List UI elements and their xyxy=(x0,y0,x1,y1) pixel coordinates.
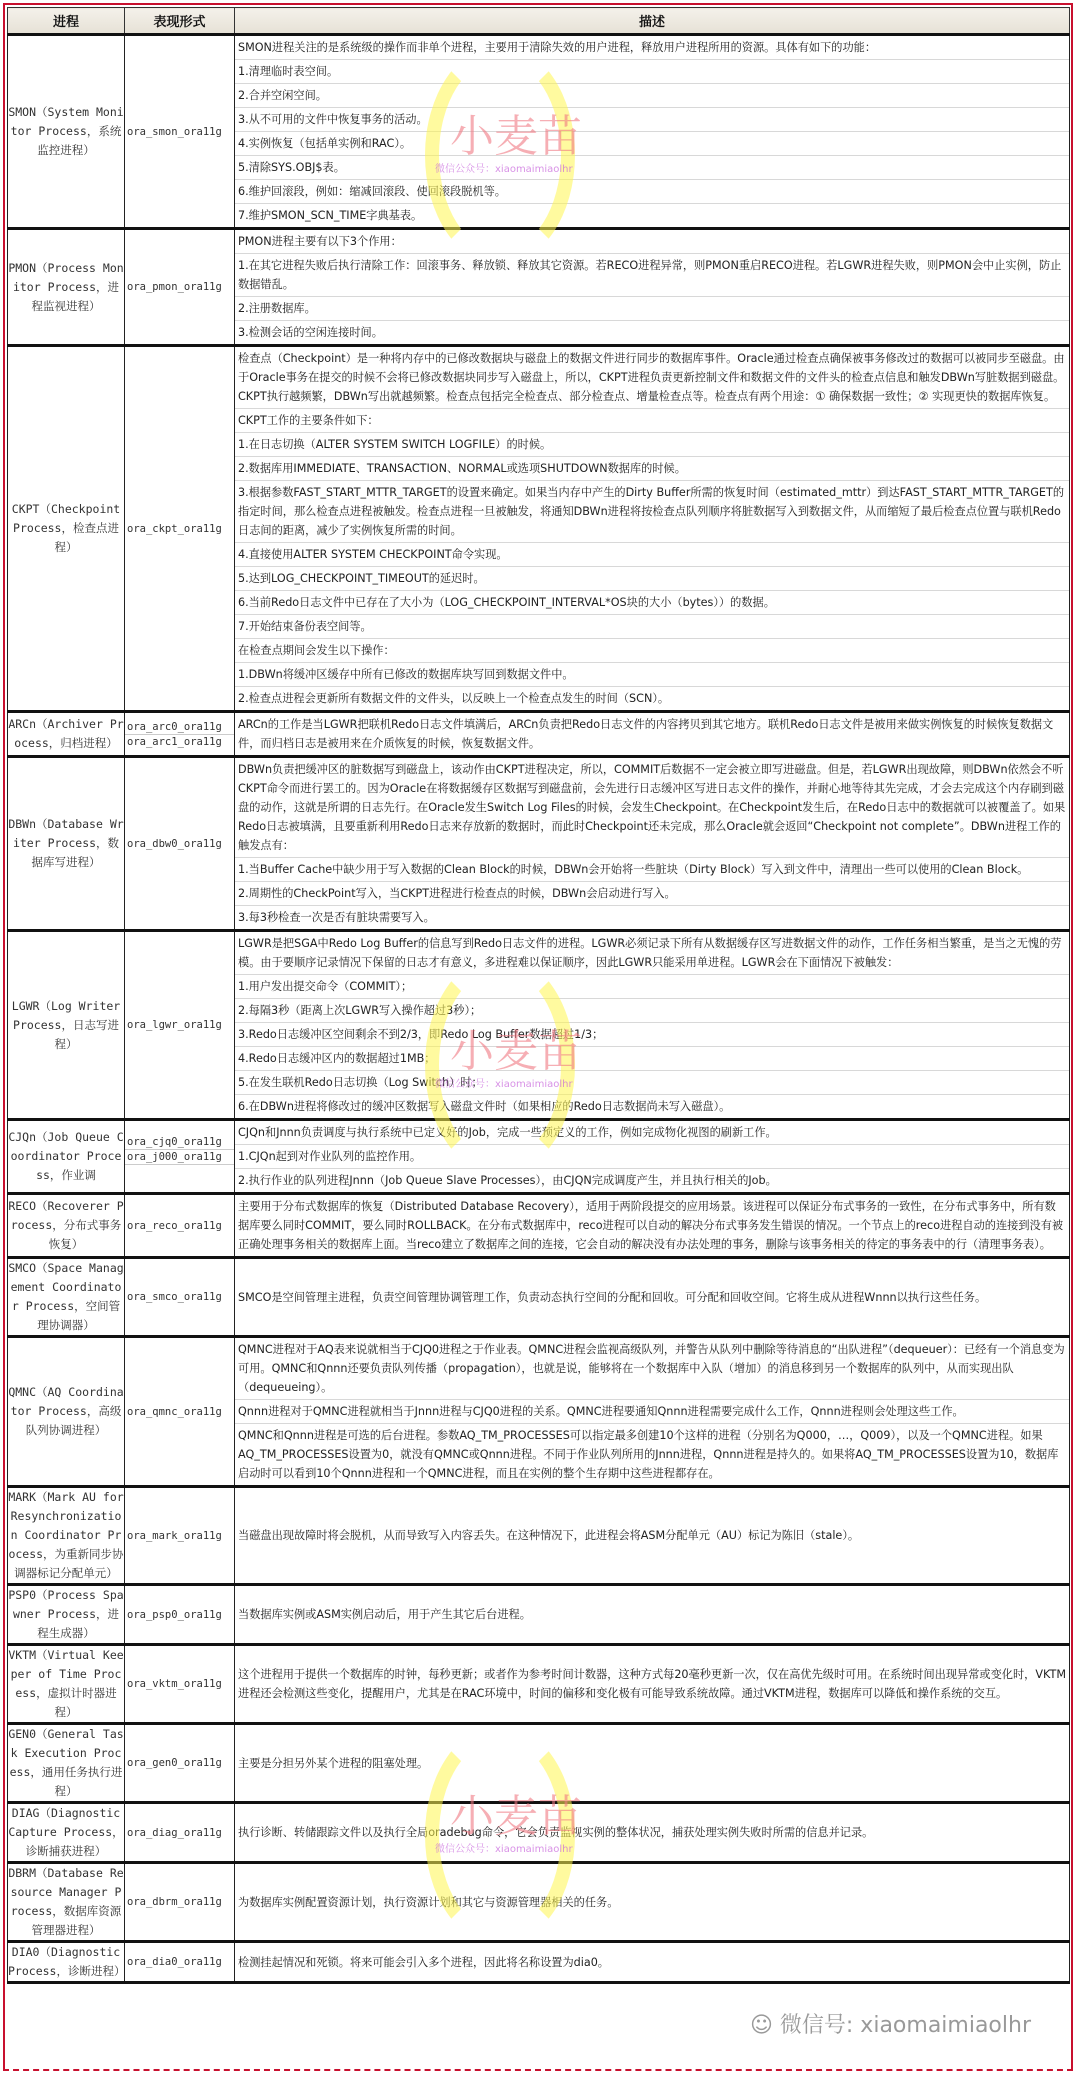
description-line: 4.实例恢复（包括单实例和RAC）。 xyxy=(235,132,1069,156)
process-name: VKTM（Virtual Keeper of Time Process，虚拟计时… xyxy=(8,1645,125,1724)
process-form-value: ora_smco_ora11g xyxy=(125,1290,234,1304)
process-name: QMNC（AQ Coordinator Process，高级队列协调进程） xyxy=(8,1337,125,1487)
description-line: 6.在DBWn进程将修改过的缓冲区数据写入磁盘文件时（如果相应的Redo日志数据… xyxy=(235,1095,1069,1118)
process-form: ora_arc0_ora11gora_arc1_ora11g xyxy=(125,712,235,757)
process-description: 主要是分担另外某个进程的阻塞处理。 xyxy=(235,1724,1070,1803)
process-form: ora_reco_ora11g xyxy=(125,1194,235,1258)
description-line: 当数据库实例或ASM实例启动后，用于产生其它后台进程。 xyxy=(235,1603,1069,1626)
description-line: 5.清除SYS.OBJ$表。 xyxy=(235,156,1069,180)
table-row: DBRM（Database Resource Manager Process，数… xyxy=(8,1863,1070,1942)
description-line: 1.用户发出提交命令（COMMIT）； xyxy=(235,975,1069,999)
process-description: ARCn的工作是当LGWR把联机Redo日志文件填满后，ARCn负责把Redo日… xyxy=(235,712,1070,757)
header-form: 表现形式 xyxy=(125,8,235,35)
description-line: 3.Redo日志缓冲区空间剩余不到2/3，即Redo Log Buffer数据超… xyxy=(235,1023,1069,1047)
process-description: 主要用于分布式数据库的恢复（Distributed Database Recov… xyxy=(235,1194,1070,1258)
process-name: PMON（Process Monitor Process，进程监视进程） xyxy=(8,229,125,346)
description-line: 2.注册数据库。 xyxy=(235,297,1069,321)
process-description: 当数据库实例或ASM实例启动后，用于产生其它后台进程。 xyxy=(235,1585,1070,1645)
process-table: 进程 表现形式 描述 SMON（System Monitor Process，系… xyxy=(7,7,1070,1984)
process-name: LGWR（Log Writer Process，日志写进程） xyxy=(8,931,125,1120)
description-line: SMON进程关注的是系统级的操作而非单个进程，主要用于清除失效的用户进程，释放用… xyxy=(235,36,1069,60)
description-line: 2.执行作业的队列进程Jnnn（Job Queue Slave Processe… xyxy=(235,1169,1069,1192)
process-form: ora_lgwr_ora11g xyxy=(125,931,235,1120)
process-form: ora_dbrm_ora11g xyxy=(125,1863,235,1942)
description-line: 7.维护SMON_SCN_TIME字典基表。 xyxy=(235,204,1069,227)
description-line: 主要用于分布式数据库的恢复（Distributed Database Recov… xyxy=(235,1195,1069,1256)
process-description: DBWn负责把缓冲区的脏数据写到磁盘上，该动作由CKPT进程决定，所以，COMM… xyxy=(235,757,1070,931)
wechat-icon: ☺ xyxy=(750,2013,780,2038)
process-name: DBWn（Database Writer Process，数据库写进程） xyxy=(8,757,125,931)
process-description: 这个进程用于提供一个数据库的时钟，每秒更新；或者作为参考时间计数器，这种方式每2… xyxy=(235,1645,1070,1724)
process-name: ARCn（Archiver Process，归档进程） xyxy=(8,712,125,757)
description-line: 4.直接使用ALTER SYSTEM CHECKPOINT命令实现。 xyxy=(235,543,1069,567)
description-line: 6.维护回滚段，例如：缩减回滚段、使回滚段脱机等。 xyxy=(235,180,1069,204)
process-form: ora_smco_ora11g xyxy=(125,1258,235,1337)
table-row: MARK（Mark AU for Resynchronization Coord… xyxy=(8,1487,1070,1585)
table-row: DBWn（Database Writer Process，数据库写进程）ora_… xyxy=(8,757,1070,931)
description-line: 主要是分担另外某个进程的阻塞处理。 xyxy=(235,1752,1069,1775)
description-line: 1.在其它进程失败后执行清除工作：回滚事务、释放锁、释放其它资源。若RECO进程… xyxy=(235,254,1069,297)
process-form: ora_qmnc_ora11g xyxy=(125,1337,235,1487)
process-description: PMON进程主要有以下3个作用：1.在其它进程失败后执行清除工作：回滚事务、释放… xyxy=(235,229,1070,346)
process-form-value: ora_dia0_ora11g xyxy=(125,1955,234,1969)
description-line: 1.清理临时表空间。 xyxy=(235,60,1069,84)
process-form: ora_mark_ora11g xyxy=(125,1487,235,1585)
process-form: ora_pmon_ora11g xyxy=(125,229,235,346)
table-row: GEN0（General Task Execution Process，通用任务… xyxy=(8,1724,1070,1803)
table-row: VKTM（Virtual Keeper of Time Process，虚拟计时… xyxy=(8,1645,1070,1724)
description-line: 这个进程用于提供一个数据库的时钟，每秒更新；或者作为参考时间计数器，这种方式每2… xyxy=(235,1663,1069,1705)
process-description: 检查点（Checkpoint）是一种将内存中的已修改数据块与磁盘上的数据文件进行… xyxy=(235,346,1070,712)
description-line: 3.从不可用的文件中恢复事务的活动。 xyxy=(235,108,1069,132)
process-form: ora_gen0_ora11g xyxy=(125,1724,235,1803)
header-process: 进程 xyxy=(8,8,125,35)
description-line: ARCn的工作是当LGWR把联机Redo日志文件填满后，ARCn负责把Redo日… xyxy=(235,713,1069,755)
process-form: ora_psp0_ora11g xyxy=(125,1585,235,1645)
description-line: 3.每3秒检查一次是否有脏块需要写入。 xyxy=(235,906,1069,929)
table-row: DIAG（Diagnostic Capture Process，诊断捕获进程）o… xyxy=(8,1803,1070,1863)
description-line: 3.根据参数FAST_START_MTTR_TARGET的设置来确定。如果当内存… xyxy=(235,481,1069,543)
process-form: ora_diag_ora11g xyxy=(125,1803,235,1863)
process-form: ora_vktm_ora11g xyxy=(125,1645,235,1724)
description-line: QMNC进程对于AQ表来说就相当于CJQ0进程之于作业表。QMNC进程会监视高级… xyxy=(235,1338,1069,1400)
process-form: ora_ckpt_ora11g xyxy=(125,346,235,712)
description-line: 检查点（Checkpoint）是一种将内存中的已修改数据块与磁盘上的数据文件进行… xyxy=(235,347,1069,409)
table-row: PSP0（Process Spawner Process，进程生成器）ora_p… xyxy=(8,1585,1070,1645)
process-description: 检测挂起情况和死锁。将来可能会引入多个进程，因此将名称设置为dia0。 xyxy=(235,1942,1070,1983)
description-line: DBWn负责把缓冲区的脏数据写到磁盘上，该动作由CKPT进程决定，所以，COMM… xyxy=(235,758,1069,858)
description-line: QMNC和Qnnn进程是可选的后台进程。参数AQ_TM_PROCESSES可以指… xyxy=(235,1424,1069,1485)
process-form-value: ora_vktm_ora11g xyxy=(125,1677,234,1691)
description-line: 2.合并空闲空间。 xyxy=(235,84,1069,108)
process-description: 执行诊断、转储跟踪文件以及执行全局oradebug命令，它会负责监视实例的整体状… xyxy=(235,1803,1070,1863)
description-line: 6.当前Redo日志文件中已存在了大小为（LOG_CHECKPOINT_INTE… xyxy=(235,591,1069,615)
process-name: SMCO（Space Management Coordinator Proces… xyxy=(8,1258,125,1337)
process-name: SMON（System Monitor Process，系统监控进程） xyxy=(8,35,125,229)
description-line: 2.每隔3秒（距离上次LGWR写入操作超过3秒）； xyxy=(235,999,1069,1023)
process-name: GEN0（General Task Execution Process，通用任务… xyxy=(8,1724,125,1803)
description-line: CKPT工作的主要条件如下： xyxy=(235,409,1069,433)
process-form-value: ora_smon_ora11g xyxy=(125,125,234,139)
description-line: 2.周期性的CheckPoint写入，当CKPT进程进行检查点的时候，DBWn会… xyxy=(235,882,1069,906)
process-description: LGWR是把SGA中Redo Log Buffer的信息写到Redo日志文件的进… xyxy=(235,931,1070,1120)
description-line: 2.检查点进程会更新所有数据文件的文件头，以反映上一个检查点发生的时间（SCN）… xyxy=(235,687,1069,710)
description-line: 检测挂起情况和死锁。将来可能会引入多个进程，因此将名称设置为dia0。 xyxy=(235,1951,1069,1974)
process-form-value: ora_mark_ora11g xyxy=(125,1529,234,1543)
process-description: SMCO是空间管理主进程，负责空间管理协调管理工作，负责动态执行空间的分配和回收… xyxy=(235,1258,1070,1337)
table-row: SMON（System Monitor Process，系统监控进程）ora_s… xyxy=(8,35,1070,229)
process-name: CKPT（Checkpoint Process，检查点进程） xyxy=(8,346,125,712)
process-form: ora_smon_ora11g xyxy=(125,35,235,229)
process-description: CJQn和Jnnn负责调度与执行系统中已定义好的Job，完成一些预定义的工作，例… xyxy=(235,1120,1070,1194)
process-form: ora_cjq0_ora11gora_j000_ora11g xyxy=(125,1120,235,1194)
process-form-value: ora_dbw0_ora11g xyxy=(125,837,234,851)
table-row: SMCO（Space Management Coordinator Proces… xyxy=(8,1258,1070,1337)
process-name: DIA0（Diagnostic Process，诊断进程） xyxy=(8,1942,125,1983)
description-line: LGWR是把SGA中Redo Log Buffer的信息写到Redo日志文件的进… xyxy=(235,932,1069,975)
process-name: RECO（Recoverer Process，分布式事务恢复） xyxy=(8,1194,125,1258)
table-row: CKPT（Checkpoint Process，检查点进程）ora_ckpt_o… xyxy=(8,346,1070,712)
table-row: ARCn（Archiver Process，归档进程）ora_arc0_ora1… xyxy=(8,712,1070,757)
description-line: 执行诊断、转储跟踪文件以及执行全局oradebug命令，它会负责监视实例的整体状… xyxy=(235,1821,1069,1844)
process-form-value: ora_arc1_ora11g xyxy=(125,735,234,749)
wechat-watermark: ☺ 微信号: xiaomaimiaolhr xyxy=(750,2008,1031,2039)
process-form-value: ora_gen0_ora11g xyxy=(125,1756,234,1770)
description-line: 7.开始结束备份表空间等。 xyxy=(235,615,1069,639)
description-line: 1.在日志切换（ALTER SYSTEM SWITCH LOGFILE）的时候。 xyxy=(235,433,1069,457)
description-line: SMCO是空间管理主进程，负责空间管理协调管理工作，负责动态执行空间的分配和回收… xyxy=(235,1286,1069,1309)
description-line: 4.Redo日志缓冲区内的数据超过1MB； xyxy=(235,1047,1069,1071)
description-line: 1.CJQn起到对作业队列的监控作用。 xyxy=(235,1145,1069,1169)
description-line: 5.在发生联机Redo日志切换（Log Switch）时； xyxy=(235,1071,1069,1095)
table-row: LGWR（Log Writer Process，日志写进程）ora_lgwr_o… xyxy=(8,931,1070,1120)
process-form-value: ora_psp0_ora11g xyxy=(125,1608,234,1622)
process-form-value: ora_arc0_ora11g xyxy=(125,720,234,735)
process-name: PSP0（Process Spawner Process，进程生成器） xyxy=(8,1585,125,1645)
process-form-value: ora_reco_ora11g xyxy=(125,1219,234,1233)
description-line: 3.检测会话的空闲连接时间。 xyxy=(235,321,1069,344)
table-row: RECO（Recoverer Process，分布式事务恢复）ora_reco_… xyxy=(8,1194,1070,1258)
process-description: QMNC进程对于AQ表来说就相当于CJQ0进程之于作业表。QMNC进程会监视高级… xyxy=(235,1337,1070,1487)
process-form-value: ora_qmnc_ora11g xyxy=(125,1405,234,1419)
table-row: DIA0（Diagnostic Process，诊断进程）ora_dia0_or… xyxy=(8,1942,1070,1983)
process-form-value: ora_ckpt_ora11g xyxy=(125,522,234,536)
description-line: 1.DBWn将缓冲区缓存中所有已修改的数据库块写回到数据文件中。 xyxy=(235,663,1069,687)
process-form-value: ora_j000_ora11g xyxy=(125,1150,234,1165)
table-header-row: 进程 表现形式 描述 xyxy=(8,8,1070,35)
description-line: CJQn和Jnnn负责调度与执行系统中已定义好的Job，完成一些预定义的工作，例… xyxy=(235,1121,1069,1145)
description-line: 5.达到LOG_CHECKPOINT_TIMEOUT的延迟时。 xyxy=(235,567,1069,591)
description-line: 当磁盘出现故障时将会脱机，从而导致写入内容丢失。在这种情况下，此进程会将ASM分… xyxy=(235,1524,1069,1547)
document-frame: 进程 表现形式 描述 SMON（System Monitor Process，系… xyxy=(3,3,1073,2071)
table-row: PMON（Process Monitor Process，进程监视进程）ora_… xyxy=(8,229,1070,346)
table-row: CJQn（Job Queue Coordinator Process，作业调or… xyxy=(8,1120,1070,1194)
description-line: 1.当Buffer Cache中缺少用于写入数据的Clean Block的时候，… xyxy=(235,858,1069,882)
process-form-value: ora_pmon_ora11g xyxy=(125,280,234,294)
process-description: SMON进程关注的是系统级的操作而非单个进程，主要用于清除失效的用户进程，释放用… xyxy=(235,35,1070,229)
process-form-value xyxy=(125,1165,234,1179)
process-name: MARK（Mark AU for Resynchronization Coord… xyxy=(8,1487,125,1585)
process-description: 为数据库实例配置资源计划，执行资源计划和其它与资源管理器相关的任务。 xyxy=(235,1863,1070,1942)
process-form: ora_dia0_ora11g xyxy=(125,1942,235,1983)
process-form-value: ora_dbrm_ora11g xyxy=(125,1895,234,1909)
table-row: QMNC（AQ Coordinator Process，高级队列协调进程）ora… xyxy=(8,1337,1070,1487)
process-form: ora_dbw0_ora11g xyxy=(125,757,235,931)
process-form-value: ora_lgwr_ora11g xyxy=(125,1018,234,1032)
description-line: PMON进程主要有以下3个作用： xyxy=(235,230,1069,254)
process-description: 当磁盘出现故障时将会脱机，从而导致写入内容丢失。在这种情况下，此进程会将ASM分… xyxy=(235,1487,1070,1585)
description-line: 2.数据库用IMMEDIATE、TRANSACTION、NORMAL或选项SHU… xyxy=(235,457,1069,481)
description-line: Qnnn进程对于QMNC进程就相当于Jnnn进程与CJQ0进程的关系。QMNC进… xyxy=(235,1400,1069,1424)
process-form-value: ora_cjq0_ora11g xyxy=(125,1135,234,1150)
process-name: DBRM（Database Resource Manager Process，数… xyxy=(8,1863,125,1942)
process-name: DIAG（Diagnostic Capture Process，诊断捕获进程） xyxy=(8,1803,125,1863)
header-description: 描述 xyxy=(235,8,1070,35)
description-line: 在检查点期间会发生以下操作： xyxy=(235,639,1069,663)
process-name: CJQn（Job Queue Coordinator Process，作业调 xyxy=(8,1120,125,1194)
description-line: 为数据库实例配置资源计划，执行资源计划和其它与资源管理器相关的任务。 xyxy=(235,1891,1069,1914)
table-body: SMON（System Monitor Process，系统监控进程）ora_s… xyxy=(8,35,1070,1983)
process-form-value: ora_diag_ora11g xyxy=(125,1826,234,1840)
